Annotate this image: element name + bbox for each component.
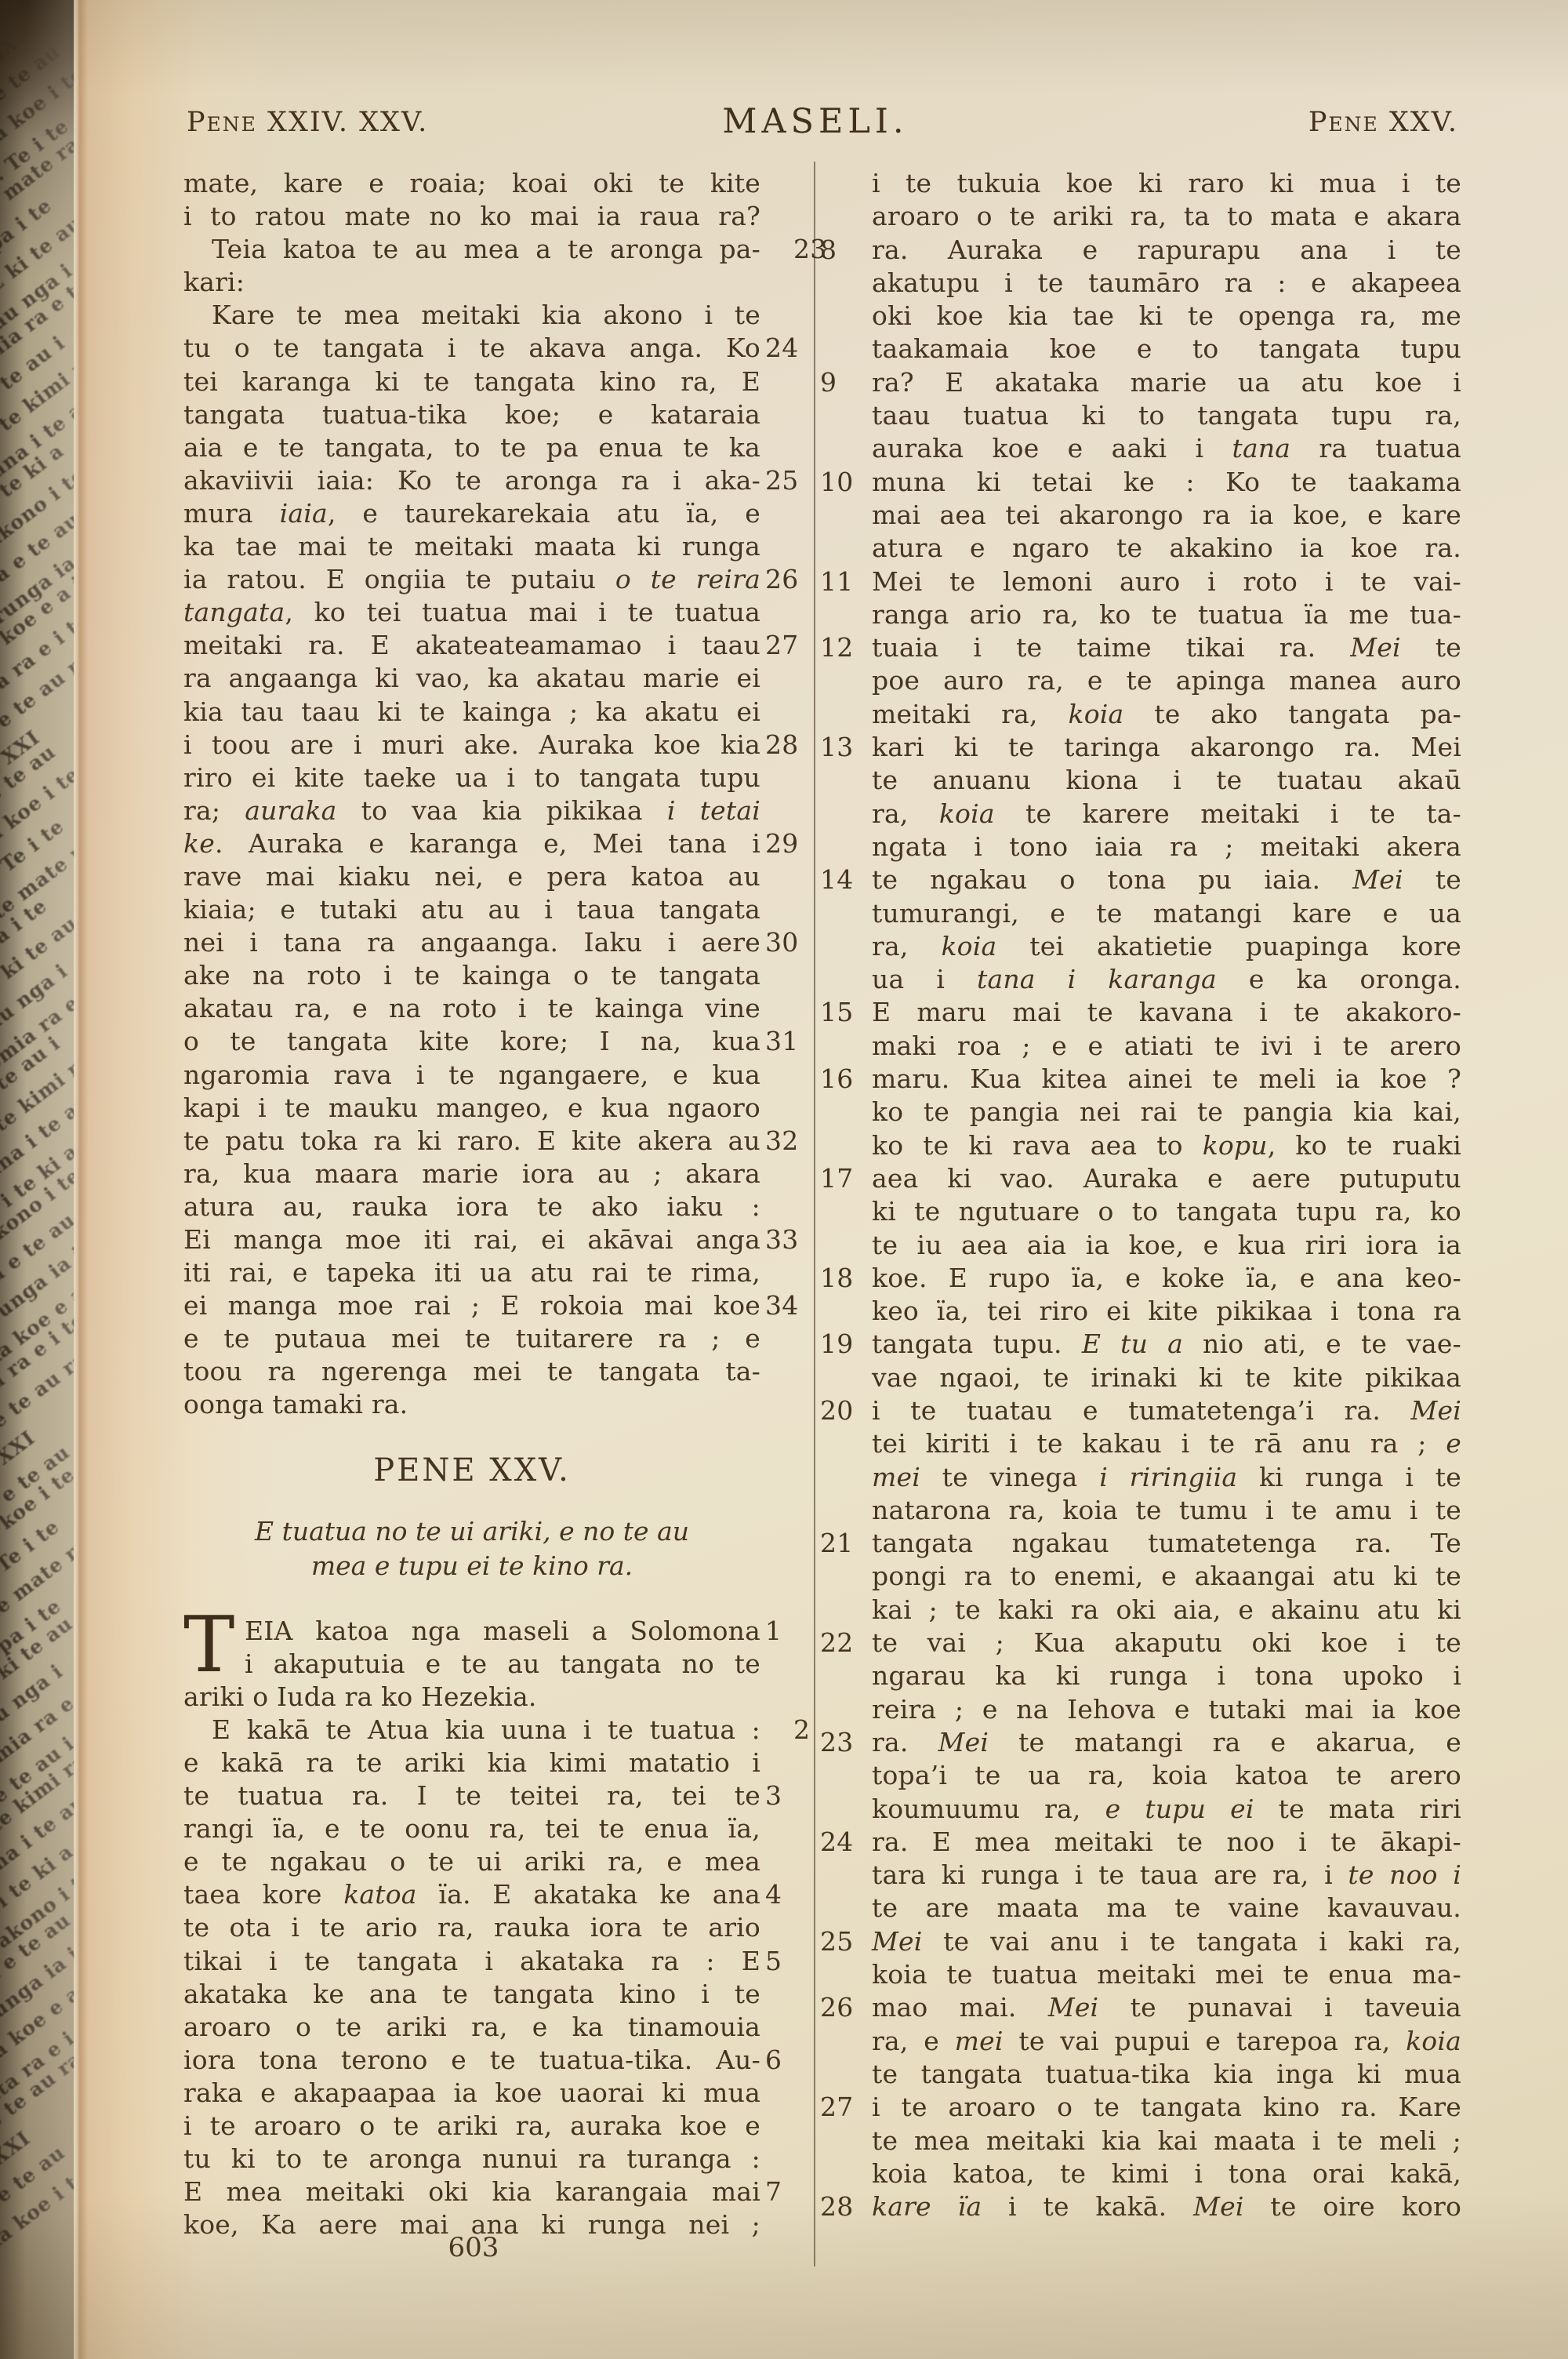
page-number: 603 bbox=[183, 2232, 764, 2263]
text-line: kia tau taau ki te kainga ; ka akatu ei bbox=[183, 696, 760, 729]
body-text: atura au, rauka iora te ako iaku : bbox=[183, 1191, 760, 1222]
body-text: kiaia; e tutaki atu au i taua tangata bbox=[183, 894, 760, 925]
gutter-ghost-line: mate, e te au ra bbox=[0, 1326, 75, 1477]
italic-text: e bbox=[1446, 1428, 1461, 1459]
verse-number: 27 bbox=[820, 2091, 873, 2124]
body-text: aea ki vao. Auraka e aere putuputu bbox=[872, 1163, 1461, 1194]
text-line: ia ratou. E ongiia te putaiu o te reira2… bbox=[183, 563, 760, 596]
text-line: tu o te tangata i te akava anga. Ko24 bbox=[183, 332, 760, 365]
italic-text: koia bbox=[939, 798, 995, 829]
body-text: te karere meitaki i te ta- bbox=[995, 798, 1461, 829]
verse-number: 29 bbox=[757, 827, 811, 860]
verse-number: 10 bbox=[820, 466, 873, 499]
verse-number: 28 bbox=[757, 729, 811, 761]
text-line: te patu toka ra ki raro. E kite akera au… bbox=[183, 1125, 760, 1158]
body-text: e kakā ra te ariki kia kimi matatio i bbox=[183, 1747, 760, 1778]
text-line: ngata i tono iaia ra ; meitaki akera bbox=[872, 831, 1461, 863]
text-line: te mea meitaki kia kai maata i te meli ; bbox=[872, 2125, 1461, 2157]
body-text: te are maata ma te vaine kavauvau. bbox=[872, 1892, 1461, 1923]
gutter-ghost-line: tangata ra e i te bbox=[0, 1289, 75, 1440]
text-line: ko te ki rava aea to kopu, ko te ruaki bbox=[872, 1129, 1461, 1162]
text-line: koe. E rupo ïa, e koke ïa, e ana keo-18 bbox=[872, 1262, 1461, 1295]
gutter-ghost-line: nui i te mate ra bbox=[0, 110, 75, 260]
body-text: tei karanga ki te tangata kino ra, E bbox=[183, 366, 760, 397]
body-text: maki roa ; e e atiati te ivi i te arero bbox=[872, 1030, 1461, 1061]
gutter-ghost-line: A koe i te ki a bbox=[0, 1805, 75, 1956]
body-text: riro ei kite taeke ua i to tangata tupu bbox=[183, 762, 760, 793]
body-text: ua i bbox=[872, 964, 977, 994]
body-text: te bbox=[1403, 864, 1461, 895]
text-line: ko te pangia nei rai te pangia kia kai, bbox=[872, 1096, 1461, 1129]
text-line: akataka ke ana te tangata kino i te bbox=[183, 1978, 760, 2011]
body-text: ei manga moe rai ; E rokoia mai koe bbox=[183, 1290, 760, 1321]
body-text: i te tukuia koe ki raro ki mua i te bbox=[872, 168, 1461, 198]
gutter-ghost-line: ngaromia ra e te bbox=[0, 1658, 75, 1808]
italic-text: iaia bbox=[280, 498, 328, 529]
gutter-ghost-line: A koe e te au bbox=[0, 1400, 75, 1550]
body-text: Mei te lemoni auro i roto i te vai- bbox=[872, 566, 1461, 597]
text-line: i te aroaro o te tangata kino ra. Kare27 bbox=[872, 2091, 1461, 2124]
text-line: atura au, rauka iora te ako iaku : bbox=[183, 1190, 760, 1223]
text-line: ki te ngutuare o to tangata tupu ra, ko bbox=[872, 1195, 1461, 1228]
text-line: aea ki vao. Auraka e aere putuputu17 bbox=[872, 1162, 1461, 1195]
body-text: te anuanu kiona i te tuatau akaū bbox=[872, 765, 1461, 795]
body-text: ngaromia rava i te ngangaere, e kua bbox=[183, 1060, 760, 1090]
gutter-ghost-line: kari, e te au i bbox=[0, 1695, 75, 1845]
verse-number: 18 bbox=[820, 1262, 873, 1295]
text-line: ke. Auraka e karanga e, Mei tana i29 bbox=[183, 827, 760, 860]
text-line: ngarau ka ki runga i tona upoko i bbox=[872, 1659, 1461, 1692]
gutter-ghost-line: auraka koe i te bbox=[0, 2137, 75, 2288]
italic-text: kare ïa bbox=[872, 2191, 982, 2222]
gutter-ghost-line: auraka koe e a i bbox=[0, 552, 75, 703]
verse-number: 23 bbox=[820, 1726, 873, 1759]
text-line: nei i tana ra angaanga. Iaku i aere30 bbox=[183, 926, 760, 959]
body-text: taau tuatua ki to tangata tupu ra, bbox=[872, 400, 1461, 431]
body-text: i te aroaro o te tangata kino ra. Kare bbox=[872, 2092, 1461, 2122]
text-line: iti rai, e tapeka iti ua atu rai te rima… bbox=[183, 1256, 760, 1289]
text-line: ra, kua maara marie iora au ; akara bbox=[183, 1158, 760, 1190]
text-line: E maru mai te kavana i te akakoro-15 bbox=[872, 996, 1461, 1029]
text-line: tangata tupu. E tu a nio ati, e te vae-1… bbox=[872, 1328, 1461, 1361]
body-text: tara ki runga i te taua are ra, i bbox=[872, 1859, 1348, 1890]
text-line: koumuumu ra, e tupu ei te mata riri bbox=[872, 1793, 1461, 1826]
body-text: i te kakā. bbox=[982, 2191, 1193, 2222]
body-text: toou ra ngerenga mei te tangata ta- bbox=[183, 1356, 760, 1387]
text-line: te anuanu kiona i te tuatau akaū bbox=[872, 764, 1461, 797]
body-text: te ako tangata pa- bbox=[1123, 699, 1461, 729]
body-text: EIA katoa nga maseli a Solomona bbox=[245, 1616, 760, 1646]
gutter-ghost-line: PENE XXI bbox=[0, 663, 75, 813]
body-text: koia te tuatua meitaki mei te enua ma- bbox=[872, 1959, 1461, 1990]
body-text: E maru mai te kavana i te akakoro- bbox=[872, 997, 1461, 1027]
gutter-ghost-line: A koe e te au bbox=[0, 0, 75, 150]
body-text: aia e te tangata, to te pa enua te ka bbox=[183, 432, 760, 463]
body-text: kia tau taau ki te kainga ; ka akatu ei bbox=[183, 696, 760, 727]
verse-number: 27 bbox=[757, 629, 811, 662]
body-text: raka e akapaapaa ia koe uaorai ki mua bbox=[183, 2077, 760, 2108]
italic-text: mei bbox=[955, 2026, 1004, 2056]
text-line: te iu aea aia ia koe, e kua riri iora ia bbox=[872, 1229, 1461, 1262]
text-line: taakamaia koe e to tangata tupu bbox=[872, 333, 1461, 365]
italic-text: o te reira bbox=[615, 564, 760, 594]
italic-text: i riringiia bbox=[1099, 1462, 1237, 1492]
text-line: poe auro ra, e te apinga manea auro bbox=[872, 664, 1461, 697]
text-line: maki roa ; e e atiati te ivi i te arero bbox=[872, 1030, 1461, 1063]
body-text: nei i tana ra angaanga. Iaku i aere bbox=[183, 927, 760, 958]
verse-number: 30 bbox=[757, 926, 811, 959]
text-line: i te tukuia koe ki raro ki mua i te bbox=[872, 167, 1461, 200]
text-line: ei manga moe rai ; E rokoia mai koe34 bbox=[183, 1289, 760, 1322]
gutter-crease bbox=[74, 0, 88, 2359]
verse-number: 28 bbox=[820, 2190, 873, 2223]
text-line: ake na roto i te kainga o te tangata bbox=[183, 959, 760, 992]
gutter-ghost-line: auraka koe e a i bbox=[0, 1252, 75, 1403]
text-line: taau tuatua ki to tangata tupu ra, bbox=[872, 399, 1461, 432]
body-text: kapi i te mauku mangeo, e kua ngaoro bbox=[183, 1092, 760, 1123]
text-line: kapi i te mauku mangeo, e kua ngaoro bbox=[183, 1092, 760, 1125]
text-line: rangi ïa, e te oonu ra, tei te enua ïa, bbox=[183, 1812, 760, 1845]
italic-text: koia bbox=[1406, 2026, 1461, 2056]
verse-number: 34 bbox=[757, 1289, 811, 1322]
verse-number: 20 bbox=[820, 1394, 873, 1427]
italic-text: auraka bbox=[245, 795, 336, 826]
gutter-ghost-line: nui i te mate ra bbox=[0, 1510, 75, 1661]
gutter-ghost-line: kino ra e te au bbox=[0, 1179, 75, 1329]
text-line: E kakā te Atua kia uuna i te tuatua :2 bbox=[183, 1714, 760, 1747]
body-text: akatau ra, e na roto i te kainga vine bbox=[183, 993, 760, 1023]
body-text: ra? E akataka marie ua atu koe i bbox=[872, 367, 1461, 398]
body-text: . Auraka e karanga e, Mei tana i bbox=[215, 828, 760, 859]
text-line: ra. Auraka e rapurapu ana i te8 bbox=[872, 234, 1461, 267]
text-line: ra angaanga ki vao, ka akatau marie ei bbox=[183, 662, 760, 695]
body-text: rave mai kiaku nei, e pera katoa au bbox=[183, 861, 760, 892]
column-divider bbox=[814, 162, 815, 2266]
text-line: rave mai kiaku nei, e pera katoa au bbox=[183, 860, 760, 893]
gutter-ghost-line: riri i runga ia i bbox=[0, 1916, 75, 2066]
gutter-ghost-line: e i te pa i te bbox=[0, 147, 75, 297]
body-text: e te ngakau o te ui ariki ra, e mea bbox=[183, 1846, 760, 1877]
italic-text: kopu bbox=[1203, 1130, 1268, 1161]
text-line: natarona ra, koia te tumu i te amu i te bbox=[872, 1494, 1461, 1527]
text-line: akatupu i te taumāro ra : e akapeea bbox=[872, 267, 1461, 300]
gutter-ghost-line: kite: E ki te au bbox=[0, 184, 75, 334]
body-text: i te tuatau e tumatetenga’i ra. bbox=[872, 1395, 1411, 1426]
text-line: meitaki ra, koia te ako tangata pa- bbox=[872, 698, 1461, 731]
body-text: taea kore bbox=[183, 1879, 343, 1910]
body-text: i toou are i muri ake. Auraka koe kia bbox=[183, 729, 760, 760]
gutter-ghost-line: toou i te kimi ra bbox=[0, 1031, 75, 1182]
body-text: oki koe kia tae ki te openga ra, me bbox=[872, 300, 1461, 331]
gutter-ghost-line: PENE XXI bbox=[0, 0, 75, 113]
text-line: o te tangata kite kore; I na, kua31 bbox=[183, 1025, 760, 1058]
gutter-ghost-line: mate, e te au ra bbox=[0, 2026, 75, 2177]
body-text: tumurangi, e te matangi kare e ua bbox=[872, 898, 1461, 929]
body-text: poe auro ra, e te apinga manea auro bbox=[872, 665, 1461, 696]
gutter-ghost-line: tangata ra e i te bbox=[0, 589, 75, 740]
text-line: TEIA katoa nga maseli a Solomona1 bbox=[183, 1615, 760, 1648]
gutter-ghost-line: kite: E ki te au bbox=[0, 1584, 75, 1735]
italic-text: koia bbox=[1069, 699, 1124, 729]
verse-number: 16 bbox=[820, 1063, 873, 1096]
gutter-ghost-line: PENE XXI bbox=[0, 2063, 75, 2214]
body-text: ko te pangia nei rai te pangia kia kai, bbox=[872, 1096, 1461, 1127]
body-text: mao mai. bbox=[872, 1992, 1048, 2023]
text-line: oonga tamaki ra. bbox=[183, 1388, 760, 1421]
book-title: MASELI. bbox=[627, 102, 1004, 141]
text-line: te vai ; Kua akaputu oki koe i te22 bbox=[872, 1627, 1461, 1659]
body-text: meitaki ra. E akateateamamao i taau bbox=[183, 630, 760, 660]
text-line: kari ki te taringa akarongo ra. Mei13 bbox=[872, 731, 1461, 764]
italic-text: Mei bbox=[1193, 2191, 1243, 2222]
gutter-ghost-line: kari, e te au i bbox=[0, 294, 75, 445]
verse-number: 31 bbox=[757, 1025, 811, 1058]
text-line: kai ; te kaki ra oki aia, e akainu atu k… bbox=[872, 1594, 1461, 1627]
verse-number: 8 bbox=[820, 234, 873, 267]
verse-number: 17 bbox=[820, 1162, 873, 1195]
body-text: tei kiriti i te kakau i te rā anu ra ; bbox=[872, 1428, 1446, 1459]
body-text: ra, bbox=[872, 798, 939, 829]
body-text: Teia katoa te au mea a te aronga pa- bbox=[212, 234, 760, 264]
text-line: tei karanga ki te tangata kino ra, E bbox=[183, 365, 760, 398]
body-text: te vai ; Kua akaputu oki koe i te bbox=[872, 1627, 1461, 1658]
text-line: ra; auraka to vaa kia pikikaa i tetai bbox=[183, 794, 760, 827]
body-text: te ngakau o tona pu iaia. bbox=[872, 864, 1352, 895]
text-line: tikai i te tangata i akataka ra : E5 bbox=[183, 1945, 760, 1978]
text-line: te are maata ma te vaine kavauvau. bbox=[872, 1892, 1461, 1925]
body-text: ki te ngutuare o to tangata tupu ra, ko bbox=[872, 1196, 1461, 1227]
body-text: muna ki tetai ke : Ko te taakama bbox=[872, 467, 1461, 497]
gutter-ghost-line: auraka koe i te bbox=[0, 1437, 75, 1587]
body-text: te ota i te ario ra, rauka iora te ario bbox=[183, 1912, 760, 1943]
body-text: keo ïa, tei riro ei kite pikikaa i tona … bbox=[872, 1296, 1461, 1326]
body-text: meitaki ra, bbox=[872, 699, 1069, 729]
body-text: te oire koro bbox=[1244, 2191, 1461, 2222]
body-text: te punavai i taveuia bbox=[1098, 1992, 1461, 2023]
body-text: akatupu i te taumāro ra : e akapeea bbox=[872, 267, 1461, 298]
gutter-ghost-line: kite: E ki te au bbox=[0, 884, 75, 1034]
verse-number: 2 bbox=[757, 1714, 811, 1747]
text-line: ra, e mei te vai pupui e tarepoa ra, koi… bbox=[872, 2025, 1461, 2058]
body-text: vae ngaoi, te irinaki ki te kite pikikaa bbox=[872, 1362, 1461, 1393]
verse-number: 13 bbox=[820, 731, 873, 764]
text-line: tu ki to te aronga nunui ra turanga : bbox=[183, 2143, 760, 2175]
text-line: i te tuatau e tumatetenga’i ra. Mei20 bbox=[872, 1394, 1461, 1427]
text-line: riro ei kite taeke ua i to tangata tupu bbox=[183, 761, 760, 794]
chapter-heading: PENE XXV. bbox=[183, 1450, 760, 1491]
verse-number: 22 bbox=[820, 1627, 873, 1659]
text-column-left: mate, kare e roaia; koai oki te kitei to… bbox=[183, 167, 760, 2241]
text-line: aia e te tangata, to te pa enua te ka bbox=[183, 431, 760, 464]
text-line: ra. Mei te matangi ra e akarua, e23 bbox=[872, 1726, 1461, 1759]
verse-number: 24 bbox=[757, 332, 811, 365]
body-text: , ko te ruaki bbox=[1268, 1130, 1461, 1161]
running-header-right: Pene XXV. bbox=[1223, 107, 1458, 138]
verse-number: 24 bbox=[820, 1826, 873, 1859]
verse-number: 32 bbox=[757, 1125, 811, 1158]
body-text: mai aea tei akarongo ra ia koe, e kare bbox=[872, 500, 1461, 530]
verse-number: 9 bbox=[820, 366, 873, 399]
text-line: tangata tuatua-tika koe; e kataraia bbox=[183, 398, 760, 431]
body-text: ia ratou. E ongiia te putaiu bbox=[183, 564, 615, 594]
body-text: te vinega bbox=[920, 1462, 1099, 1492]
body-text: tu o te tangata i te akava anga. Ko bbox=[183, 333, 760, 363]
body-text: ra tuatua bbox=[1290, 433, 1461, 463]
body-text: ko te ki rava aea to bbox=[872, 1130, 1203, 1161]
text-line: ra, koia te karere meitaki i te ta- bbox=[872, 798, 1461, 831]
text-line: meitaki ra. E akateateamamao i taau27 bbox=[183, 629, 760, 662]
gutter-ghost-line: mate, e te au ra bbox=[0, 626, 75, 776]
text-line: E mea meitaki oki kia karangaia mai7 bbox=[183, 2175, 760, 2208]
body-text: atura e ngaro te akakino ia koe ra. bbox=[872, 533, 1461, 563]
italic-text: Mei bbox=[1048, 1992, 1098, 2023]
text-line: ua i tana i karanga e ka oronga. bbox=[872, 963, 1461, 996]
verse-number: 33 bbox=[757, 1223, 811, 1256]
body-text: kai ; te kaki ra oki aia, e akainu atu k… bbox=[872, 1594, 1461, 1625]
verse-number: 23 bbox=[757, 233, 811, 266]
body-text: te iu aea aia ia koe, e kua riri iora ia bbox=[872, 1230, 1461, 1260]
verse-number: 1 bbox=[757, 1615, 811, 1648]
text-line: taea kore katoa ïa. E akataka ke ana4 bbox=[183, 1878, 760, 1911]
body-text: ra, bbox=[872, 931, 941, 961]
body-text: ake na roto i te kainga o te tangata bbox=[183, 960, 760, 990]
text-line: ra? E akataka marie ua atu koe i9 bbox=[872, 366, 1461, 399]
gutter-ghost-line: auraka koe i te bbox=[0, 736, 75, 887]
text-line: te ngakau o tona pu iaia. Mei te14 bbox=[872, 863, 1461, 896]
verse-number: 19 bbox=[820, 1328, 873, 1361]
text-line: e kakā ra te ariki kia kimi matatio i bbox=[183, 1747, 760, 1779]
body-text: maru. Kua kitea ainei te meli ia koe ? bbox=[872, 1063, 1461, 1094]
body-text: tei akatietie puapinga kore bbox=[996, 931, 1461, 961]
gutter-ghost-line: PENE XXI bbox=[0, 1363, 75, 1514]
text-line: tangata, ko tei tuatua mai i te tuatua bbox=[183, 596, 760, 629]
body-text: te bbox=[1401, 632, 1461, 663]
body-text: mura bbox=[183, 498, 280, 529]
italic-text: tana i karanga bbox=[977, 964, 1217, 994]
text-line: i toou are i muri ake. Auraka koe kia28 bbox=[183, 729, 760, 761]
body-text: reira ; e na Iehova e tutaki mai ia koe bbox=[872, 1694, 1461, 1725]
gutter-ghost-line: ratou. Te i te bbox=[0, 1474, 75, 1624]
body-text: akataka ke ana te tangata kino i te bbox=[183, 1979, 760, 2009]
text-line: koia katoa, te kimi i tona orai kakā, bbox=[872, 2157, 1461, 2190]
body-text: ranga ario ra, ko te tuatua ïa me tua- bbox=[872, 599, 1461, 630]
gutter-ghost-line: ko te akono i te bbox=[0, 1842, 75, 1993]
text-line: ariki o Iuda ra ko Hezekia. bbox=[183, 1681, 760, 1714]
gutter-ghost-line: auraka koe i te bbox=[0, 36, 75, 187]
text-line: mate, kare e roaia; koai oki te kite bbox=[183, 167, 760, 200]
body-text: Ei manga moe iti rai, ei akāvai anga bbox=[183, 1224, 760, 1255]
body-text: tu ki to te aronga nunui ra turanga : bbox=[183, 2143, 760, 2174]
gutter-ghost-line: ratou. Te i te bbox=[0, 73, 75, 224]
verse-number: 6 bbox=[757, 2044, 811, 2077]
gutter-ghost-line: e i te pa i te bbox=[0, 847, 75, 998]
text-line: mei te vinega i riringiia ki runga i te bbox=[872, 1461, 1461, 1494]
verse-number: 26 bbox=[757, 563, 811, 596]
text-line: muna ki tetai ke : Ko te taakama10 bbox=[872, 466, 1461, 499]
text-line: vae ngaoi, te irinaki ki te kite pikikaa bbox=[872, 1361, 1461, 1394]
text-line: maru. Kua kitea ainei te meli ia koe ?16 bbox=[872, 1063, 1461, 1096]
text-line: mai aea tei akarongo ra ia koe, e kare bbox=[872, 499, 1461, 532]
text-line: aroaro o te ariki ra, e ka tinamouia bbox=[183, 2011, 760, 2044]
text-line: aroaro o te ariki ra, ta to mata e akara bbox=[872, 200, 1461, 233]
text-line: Ei manga moe iti rai, ei akāvai anga33 bbox=[183, 1223, 760, 1256]
text-line: akaviivii iaia: Ko te aronga ra i aka-25 bbox=[183, 464, 760, 497]
body-text: oonga tamaki ra. bbox=[183, 1389, 408, 1419]
gutter-ghost-line: riri i runga ia i bbox=[0, 515, 75, 666]
text-line: e te ngakau o te ui ariki ra, e mea bbox=[183, 1845, 760, 1878]
gutter-ghost-line: auraka koe e a i bbox=[0, 1953, 75, 2103]
body-text: E mea meitaki oki kia karangaia mai bbox=[183, 2176, 760, 2207]
text-line: mura iaia, e taurekarekaia atu ïa, e bbox=[183, 497, 760, 530]
text-line: kari: bbox=[183, 266, 760, 299]
text-line: raka e akapaapaa ia koe uaorai ki mua bbox=[183, 2077, 760, 2110]
italic-text: katoa bbox=[343, 1879, 416, 1910]
body-text: koumuumu ra, bbox=[872, 1794, 1105, 1824]
body-text: pongi ra to enemi, e akaangai atu ki te bbox=[872, 1561, 1461, 1591]
text-line: ra, koia tei akatietie puapinga kore bbox=[872, 930, 1461, 963]
gutter-ghost-line: kimi ana i te au bbox=[0, 1768, 75, 1919]
text-line: atura e ngaro te akakino ia koe ra. bbox=[872, 532, 1461, 565]
italic-text: i tetai bbox=[667, 795, 760, 826]
text-line: reira ; e na Iehova e tutaki mai ia koe bbox=[872, 1693, 1461, 1726]
text-column-right: i te tukuia koe ki raro ki mua i tearoar… bbox=[872, 167, 1461, 2223]
body-text: tangata tupu. bbox=[872, 1329, 1082, 1359]
text-line: te ota i te ario ra, rauka iora te ario bbox=[183, 1911, 760, 1944]
text-line: tangata ngakau tumatetenga ra. Te21 bbox=[872, 1527, 1461, 1560]
verse-number: 7 bbox=[757, 2175, 811, 2208]
text-line: Teia katoa te au mea a te aronga pa-23 bbox=[183, 233, 760, 266]
verse-number: 5 bbox=[757, 1945, 811, 1978]
body-text: iti rai, e tapeka iti ua atu rai te rima… bbox=[183, 1257, 760, 1288]
gutter-ghost-line: tangata ra e i te bbox=[0, 1990, 75, 2140]
text-line: i to ratou mate no ko mai ia raua ra? bbox=[183, 200, 760, 233]
body-text: ra, kua maara marie iora au ; akara bbox=[183, 1158, 760, 1189]
verse-number: 12 bbox=[820, 631, 873, 664]
text-line: mao mai. Mei te punavai i taveuia26 bbox=[872, 1991, 1461, 2024]
text-line: te tuatua ra. I te teitei ra, tei te3 bbox=[183, 1779, 760, 1812]
gutter-ghost-line: ratou. Te i te bbox=[0, 773, 75, 924]
body-text: , ko tei tuatua mai i te tuatua bbox=[285, 597, 760, 627]
body-text: ra angaanga ki vao, ka akatau marie ei bbox=[183, 663, 760, 693]
body-text: tikai i te tangata i akataka ra : E bbox=[183, 1946, 760, 1976]
gutter-ghost-line: ki te au nga i bbox=[0, 1621, 75, 1772]
body-text: rangi ïa, e te oonu ra, tei te enua ïa, bbox=[183, 1813, 760, 1844]
chapter-subtitle: E tuatua no te ui ariki, e no te au bbox=[183, 1514, 760, 1549]
gutter-ghost-line: A koe e te au bbox=[0, 700, 75, 850]
body-text: ka tae mai te meitaki maata ki runga bbox=[183, 531, 760, 562]
gutter-ghost-line: ko te akono i te bbox=[0, 1142, 75, 1292]
text-line: Kare te mea meitaki kia akono i te bbox=[183, 299, 760, 332]
body-text: kari ki te taringa akarongo ra. Mei bbox=[872, 732, 1461, 762]
gutter-ghost-line: ki te au nga i bbox=[0, 220, 75, 371]
gutter-ghost-line: ko te akono i te bbox=[0, 442, 75, 592]
text-line: i te aroaro o te ariki ra, auraka koe e bbox=[183, 2110, 760, 2143]
body-text: taakamaia koe e to tangata tupu bbox=[872, 333, 1461, 364]
italic-text: te noo i bbox=[1348, 1859, 1461, 1890]
italic-text: koia bbox=[941, 931, 996, 961]
verse-number: 25 bbox=[820, 1925, 873, 1958]
gutter-ghost-line: A koe e te au bbox=[0, 2100, 75, 2251]
text-line: toou ra ngerenga mei te tangata ta- bbox=[183, 1355, 760, 1388]
text-line: auraka koe e aaki i tana ra tuatua bbox=[872, 432, 1461, 465]
text-line: tuaia i te taime tikai ra. Mei te12 bbox=[872, 631, 1461, 664]
text-line: iora tona terono e te tuatua-tika. Au-6 bbox=[183, 2044, 760, 2077]
body-text: kari: bbox=[183, 267, 245, 297]
body-text: te mata riri bbox=[1254, 1794, 1461, 1824]
text-line: ranga ario ra, ko te tuatua ïa me tua- bbox=[872, 598, 1461, 631]
italic-text: Mei bbox=[872, 1926, 922, 1957]
italic-text: Mei bbox=[938, 1727, 989, 1757]
